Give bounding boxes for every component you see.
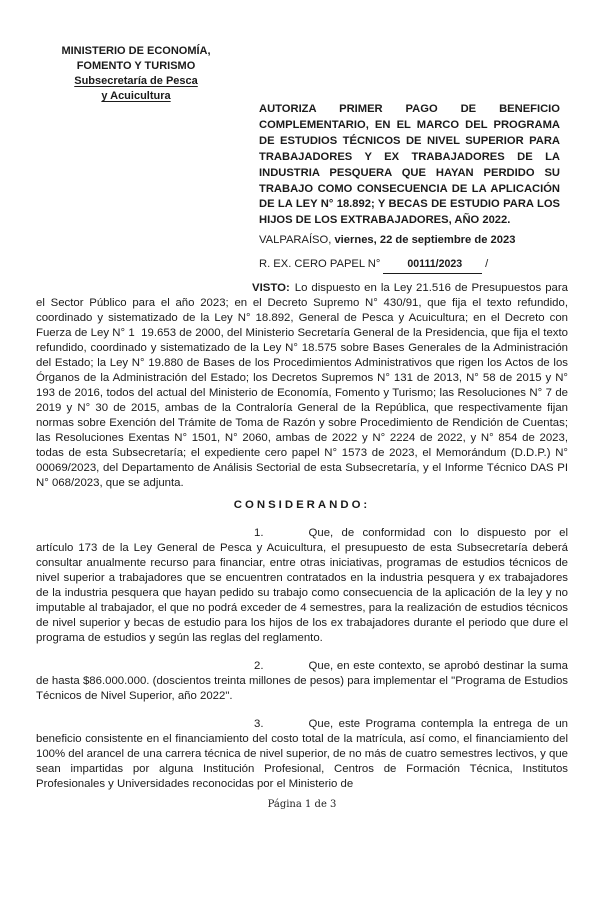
considerando-item-2-text: Que, en este contexto, se aprobó destina… <box>36 660 568 702</box>
dateline-city: VALPARAÍSO, <box>259 234 331 246</box>
dateline-date: viernes, 22 de septiembre de 2023 <box>334 234 515 246</box>
considerando-item-2: 2.Que, en este contexto, se aprobó desti… <box>36 659 568 704</box>
considerando-item-2-number: 2. <box>254 660 264 672</box>
letterhead-subsecretaria-line2: y Acuicultura <box>36 89 236 104</box>
document-body: VISTO:Lo dispuesto en la Ley 21.516 de P… <box>36 281 568 792</box>
considerando-item-3: 3.Que, este Programa contempla la entreg… <box>36 717 568 792</box>
resolution-label: R. EX. CERO PAPEL N° <box>259 258 380 270</box>
document-page: MINISTERIO DE ECONOMÍA, FOMENTO Y TURISM… <box>0 0 600 918</box>
letterhead-subsecretaria-line1: Subsecretaría de Pesca <box>36 74 236 89</box>
letterhead: MINISTERIO DE ECONOMÍA, FOMENTO Y TURISM… <box>36 44 236 104</box>
resolution-slash: / <box>485 258 488 270</box>
visto-label: VISTO: <box>252 282 290 294</box>
letterhead-ministry-line2: FOMENTO Y TURISMO <box>36 59 236 74</box>
considerando-item-1-number: 1. <box>254 527 264 539</box>
dateline: VALPARAÍSO, viernes, 22 de septiembre de… <box>259 233 568 248</box>
visto-paragraph: VISTO:Lo dispuesto en la Ley 21.516 de P… <box>36 281 568 491</box>
visto-text: Lo dispuesto en la Ley 21.516 de Presupu… <box>36 282 568 489</box>
resolution-number: 00111/2023 <box>383 256 482 274</box>
resolution-number-line: R. EX. CERO PAPEL N°00111/2023/ <box>259 256 568 274</box>
considerando-item-1: 1.Que, de conformidad con lo dispuesto p… <box>36 526 568 646</box>
considerando-item-1-text: Que, de conformidad con lo dispuesto por… <box>36 527 568 644</box>
subject-paragraph: AUTORIZA PRIMER PAGO DE BENEFICIO COMPLE… <box>259 102 560 229</box>
page-number-footer: Página 1 de 3 <box>36 799 568 810</box>
considerando-item-3-number: 3. <box>254 718 264 730</box>
letterhead-ministry-line1: MINISTERIO DE ECONOMÍA, <box>36 44 236 59</box>
considerando-item-3-text: Que, este Programa contempla la entrega … <box>36 718 568 790</box>
considerando-heading: CONSIDERANDO: <box>36 498 568 513</box>
